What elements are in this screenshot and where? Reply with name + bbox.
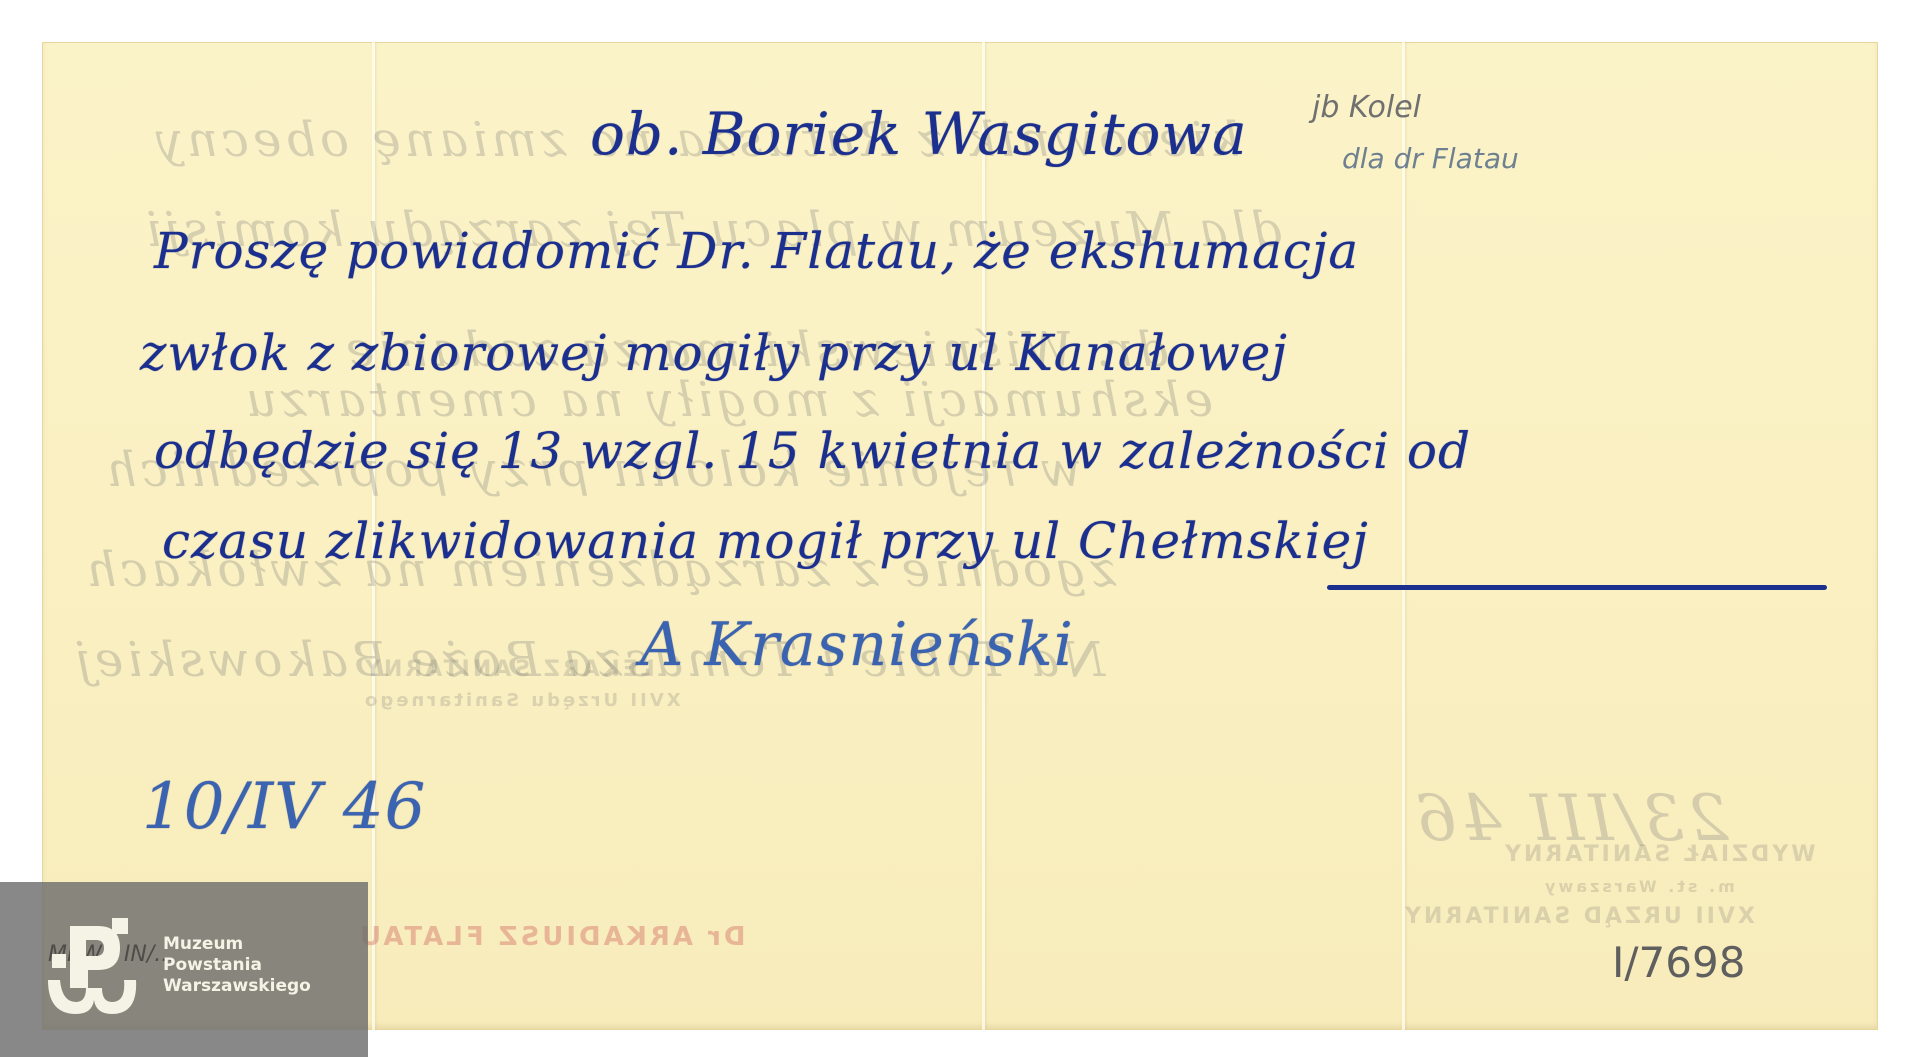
museum-name-line2: Powstania (163, 955, 311, 976)
body-line-3: odbędzie się 13 wzgl. 15 kwietnia w zale… (154, 422, 1471, 480)
museum-name-line3: Warszawskiego (163, 976, 311, 997)
body-line-1: Proszę powiadomić Dr. Flatau, że ekshuma… (154, 222, 1359, 280)
archive-number: I/7698 (1612, 938, 1745, 987)
margin-note-line1: jb Kolel (1312, 90, 1421, 125)
doctor-title-stamp: LEKARZ SANITARNY (362, 657, 655, 682)
department-stamp-line1: WYDZIAŁ SANITARNY (1502, 842, 1816, 867)
addressee-line: ob. Boriek Wasgitowa (590, 100, 1248, 168)
museum-name-line1: Muzeum (163, 934, 311, 955)
anchor-pw-logo-icon (48, 918, 138, 1018)
date-written: 10/IV 46 (142, 770, 426, 844)
doctor-office-stamp: XVII Urzędu Sanitarnego (362, 690, 681, 711)
department-stamp-line3: XVII URZĄD SANITARNY (1402, 904, 1755, 929)
museum-watermark: MPW - IN/... Muzeum Powstania Warszawski… (0, 882, 368, 1057)
signature: A Krasnieński (640, 610, 1074, 680)
doctor-name-stamp: Dr ARKADIUSZ FLATAU (357, 922, 745, 952)
museum-name: Muzeum Powstania Warszawskiego (163, 934, 311, 997)
paper-fold (1402, 42, 1405, 1030)
margin-note-line2: dla dr Flatau (1342, 142, 1519, 175)
underline-mark (1327, 585, 1827, 590)
body-line-2: zwłok z zbiorowej mogiły przy ul Kanałow… (140, 324, 1288, 382)
body-line-4: czasu zlikwidowania mogił przy ul Chełms… (162, 512, 1369, 570)
department-stamp-line2: m. st. Warszawy (1542, 877, 1735, 896)
